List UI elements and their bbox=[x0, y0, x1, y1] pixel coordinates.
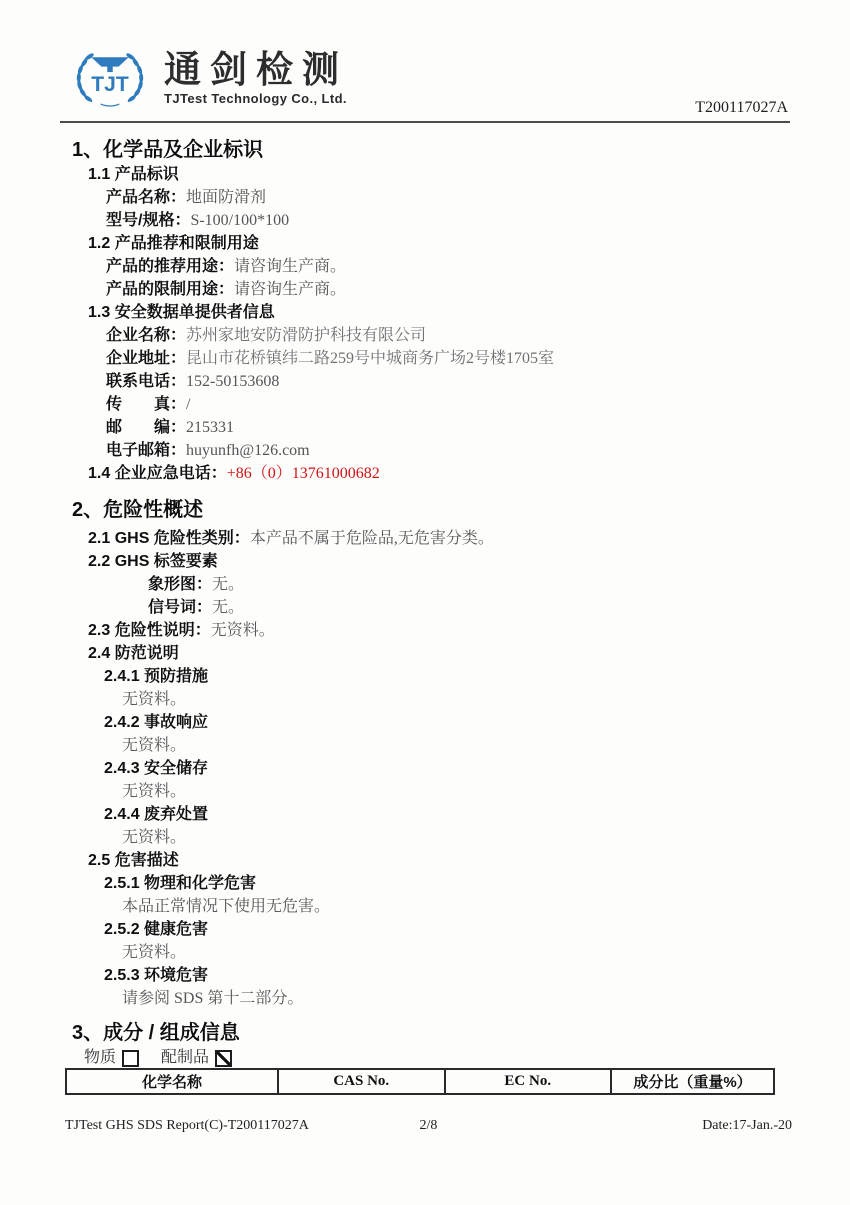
section-1-title: 1、化学品及企业标识 bbox=[72, 137, 850, 163]
hazard-statement-label: 2.3 危险性说明： bbox=[88, 622, 211, 639]
substance-checkbox-unchecked bbox=[122, 1050, 139, 1067]
page-header: TJT 通剑检测 TJTest Technology Co., Ltd. T20… bbox=[0, 0, 850, 123]
column-header-weight-percent: 成分比（重量%） bbox=[611, 1069, 774, 1094]
ghs-class-label: 2.1 GHS 危险性类别： bbox=[88, 530, 250, 547]
contact-phone-value: 152-50153608 bbox=[186, 373, 279, 390]
ghs-class-value: 本产品不属于危险品,无危害分类。 bbox=[250, 530, 494, 547]
storage-value: 无资料。 bbox=[122, 780, 850, 803]
signal-word-line: 信号词：无。 bbox=[148, 596, 850, 619]
section-2-5-3-title: 2.5.3 环境危害 bbox=[104, 964, 850, 987]
report-number: T200117027A bbox=[695, 99, 788, 117]
health-hazard-value: 无资料。 bbox=[122, 941, 850, 964]
footer-report-id: TJTest GHS SDS Report(C)-T200117027A bbox=[65, 1118, 399, 1134]
page-footer: TJTest GHS SDS Report(C)-T200117027A 2/8… bbox=[65, 1118, 792, 1134]
company-name-label: 企业名称： bbox=[106, 327, 186, 344]
svg-text:TJT: TJT bbox=[91, 73, 129, 96]
company-address-label: 企业地址： bbox=[106, 350, 186, 367]
section-2-5-1-title: 2.5.1 物理和化学危害 bbox=[104, 872, 850, 895]
company-name-line: 企业名称：苏州家地安防滑防护科技有限公司 bbox=[106, 324, 850, 347]
section-2-5-2-title: 2.5.2 健康危害 bbox=[104, 918, 850, 941]
model-spec-line: 型号/规格：S-100/100*100 bbox=[106, 209, 850, 232]
company-logo-name-en: TJTest Technology Co., Ltd. bbox=[164, 91, 348, 106]
restricted-use-label: 产品的限制用途： bbox=[106, 281, 234, 298]
disposal-value: 无资料。 bbox=[122, 826, 850, 849]
substance-checkbox-label: 物质 bbox=[84, 1049, 116, 1067]
postcode-label: 邮 编： bbox=[106, 419, 186, 436]
environment-hazard-value: 请参阅 SDS 第十二部分。 bbox=[122, 987, 850, 1010]
section-2-4-2-title: 2.4.2 事故响应 bbox=[104, 711, 850, 734]
section-2-2-title: 2.2 GHS 标签要素 bbox=[88, 550, 850, 573]
product-name-line: 产品名称：地面防滑剂 bbox=[106, 186, 850, 209]
contact-phone-line: 联系电话：152-50153608 bbox=[106, 370, 850, 393]
header-divider bbox=[60, 121, 790, 123]
footer-date: Date:17-Jan.-20 bbox=[459, 1118, 793, 1134]
composition-table: 化学名称 CAS No. EC No. 成分比（重量%） bbox=[65, 1068, 775, 1095]
product-name-label: 产品名称： bbox=[106, 189, 186, 206]
email-label: 电子邮箱： bbox=[106, 442, 186, 459]
section-2-4-1-title: 2.4.1 预防措施 bbox=[104, 665, 850, 688]
section-2-4-4-title: 2.4.4 废弃处置 bbox=[104, 803, 850, 826]
product-name-value: 地面防滑剂 bbox=[186, 189, 266, 206]
section-1-1-title: 1.1 产品标识 bbox=[88, 163, 850, 186]
column-header-chemical-name: 化学名称 bbox=[66, 1069, 278, 1094]
restricted-use-value: 请咨询生产商。 bbox=[234, 281, 346, 298]
recommended-use-line: 产品的推荐用途：请咨询生产商。 bbox=[106, 255, 850, 278]
sds-document-page: TJT 通剑检测 TJTest Technology Co., Ltd. T20… bbox=[0, 0, 850, 1205]
restricted-use-line: 产品的限制用途：请咨询生产商。 bbox=[106, 278, 850, 301]
composition-table-header-row: 化学名称 CAS No. EC No. 成分比（重量%） bbox=[66, 1069, 774, 1094]
tjtest-laurel-emblem-icon: TJT bbox=[64, 44, 156, 122]
physical-chemical-hazard-value: 本品正常情况下使用无危害。 bbox=[122, 895, 850, 918]
emergency-phone-line: 1.4 企业应急电话：+86（0）13761000682 bbox=[88, 462, 850, 485]
column-header-ec-no: EC No. bbox=[445, 1069, 612, 1094]
postcode-line: 邮 编：215331 bbox=[106, 416, 850, 439]
model-spec-value: S-100/100*100 bbox=[190, 212, 289, 229]
preparation-checkbox-checked bbox=[215, 1050, 232, 1067]
pictogram-label: 象形图： bbox=[148, 576, 212, 593]
pictogram-line: 象形图：无。 bbox=[148, 573, 850, 596]
column-header-cas-no: CAS No. bbox=[278, 1069, 445, 1094]
composition-type-row: 物质 配制品 bbox=[84, 1048, 850, 1068]
section-2-5-title: 2.5 危害描述 bbox=[88, 849, 850, 872]
ghs-class-line: 2.1 GHS 危险性类别：本产品不属于危险品,无危害分类。 bbox=[88, 527, 850, 550]
signal-word-label: 信号词： bbox=[148, 599, 212, 616]
hazard-statement-value: 无资料。 bbox=[211, 622, 275, 639]
recommended-use-value: 请咨询生产商。 bbox=[234, 258, 346, 275]
emergency-phone-label: 1.4 企业应急电话： bbox=[88, 465, 227, 482]
section-3-title: 3、成分 / 组成信息 bbox=[72, 1020, 850, 1046]
signal-word-value: 无。 bbox=[212, 599, 244, 616]
postcode-value: 215331 bbox=[186, 419, 234, 436]
section-2-title: 2、危险性概述 bbox=[72, 497, 850, 523]
section-1-3-title: 1.3 安全数据单提供者信息 bbox=[88, 301, 850, 324]
document-body: 1、化学品及企业标识 1.1 产品标识 产品名称：地面防滑剂 型号/规格：S-1… bbox=[0, 123, 850, 1095]
logo-text-block: 通剑检测 TJTest Technology Co., Ltd. bbox=[164, 50, 348, 106]
footer-page-number: 2/8 bbox=[399, 1118, 459, 1134]
company-name-value: 苏州家地安防滑防护科技有限公司 bbox=[186, 327, 426, 344]
contact-phone-label: 联系电话： bbox=[106, 373, 186, 390]
company-address-line: 企业地址：昆山市花桥镇纬二路259号中城商务广场2号楼1705室 bbox=[106, 347, 850, 370]
pictogram-value: 无。 bbox=[212, 576, 244, 593]
email-value: huyunfh@126.com bbox=[186, 442, 310, 459]
fax-line: 传 真：/ bbox=[106, 393, 850, 416]
emergency-phone-value: +86（0）13761000682 bbox=[227, 465, 380, 482]
preparation-checkbox-label: 配制品 bbox=[161, 1049, 209, 1067]
recommended-use-label: 产品的推荐用途： bbox=[106, 258, 234, 275]
company-logo-name-cn: 通剑检测 bbox=[164, 50, 348, 90]
section-1-2-title: 1.2 产品推荐和限制用途 bbox=[88, 232, 850, 255]
company-address-value: 昆山市花桥镇纬二路259号中城商务广场2号楼1705室 bbox=[186, 350, 554, 367]
fax-value: / bbox=[186, 396, 190, 413]
fax-label: 传 真： bbox=[106, 396, 186, 413]
section-2-4-3-title: 2.4.3 安全储存 bbox=[104, 757, 850, 780]
email-line: 电子邮箱：huyunfh@126.com bbox=[106, 439, 850, 462]
prevention-value: 无资料。 bbox=[122, 688, 850, 711]
section-2-4-title: 2.4 防范说明 bbox=[88, 642, 850, 665]
model-spec-label: 型号/规格： bbox=[106, 212, 190, 229]
response-value: 无资料。 bbox=[122, 734, 850, 757]
hazard-statement-line: 2.3 危险性说明：无资料。 bbox=[88, 619, 850, 642]
